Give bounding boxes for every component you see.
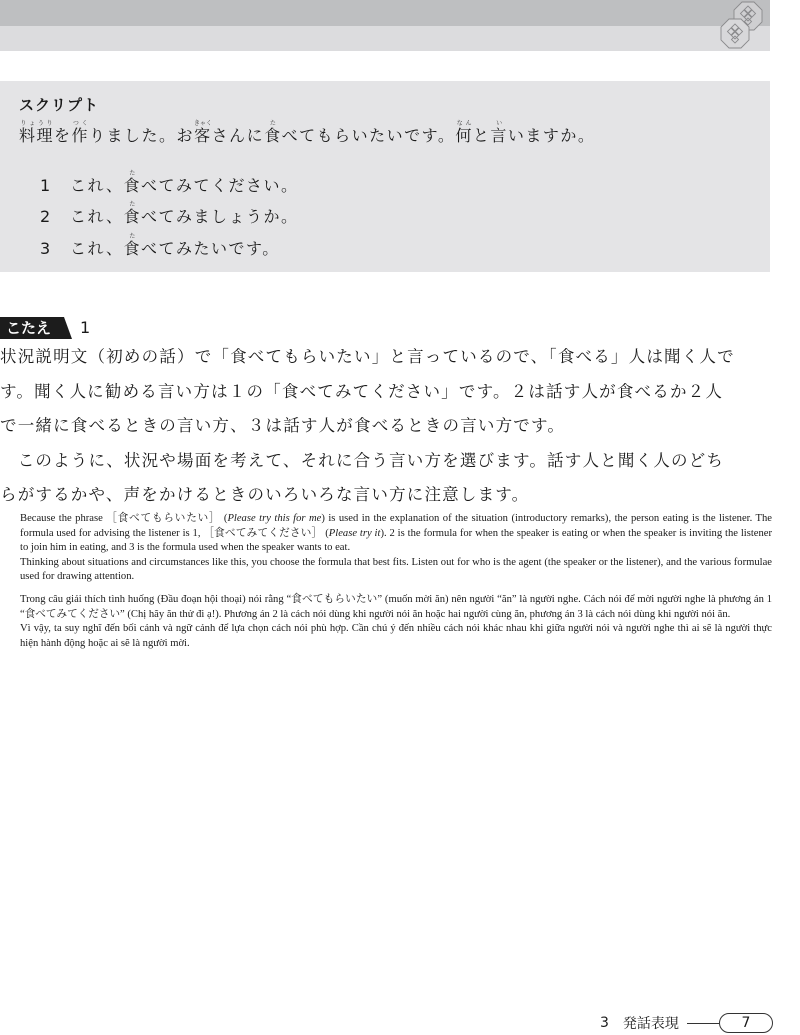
en-paragraph: Because the phrase ［食べてもらいたい］ (Please tr…: [20, 512, 772, 556]
script-option-1: 1これ、食たべてみてください。: [40, 170, 299, 196]
chapter-number: 3: [600, 1015, 609, 1031]
page-number: 7: [719, 1013, 773, 1033]
jp-line: 状況説明文（初めの話）で「食べてもらいたい」と言っているので、「食べる」人は聞く…: [0, 340, 772, 375]
page-footer: 3 発話表現 7: [600, 1012, 773, 1034]
jp-line: で一緒に食べるときの言い方、３は話す人が食べるときの言い方です。: [0, 409, 772, 444]
en-paragraph: Thinking about situations and circumstan…: [20, 556, 772, 585]
script-question: 料理りょうりを作つくりました。お客きゃくさんに食たべてもらいたいです。何なんと言…: [19, 120, 595, 152]
answer-explanation-vietnamese: Trong câu giải thích tình huống (Đầu đoạ…: [20, 593, 772, 651]
script-option-3: 3これ、食たべてみたいです。: [40, 233, 280, 259]
script-option-2: 2これ、食たべてみましょうか。: [40, 201, 299, 227]
header-band-bottom: [0, 26, 770, 51]
answer-explanation-japanese: 状況説明文（初めの話）で「食べてもらいたい」と言っているので、「食べる」人は聞く…: [0, 340, 772, 513]
option-number: 2: [40, 207, 70, 226]
jp-line: このように、状況や場面を考えて、それに合う言い方を選びます。話す人と聞く人のどち: [0, 444, 772, 479]
octagon-knot-icon: [700, 0, 770, 52]
vi-paragraph: Trong câu giải thích tình huống (Đầu đoạ…: [20, 593, 772, 622]
footer-rule: [687, 1023, 719, 1024]
header-band-top: [0, 0, 770, 26]
option-number: 3: [40, 239, 70, 258]
answer-label: こたえ: [0, 317, 72, 339]
jp-line: らがするかや、声をかけるときのいろいろな言い方に注意します。: [0, 478, 772, 513]
option-number: 1: [40, 176, 70, 195]
answer-number: 1: [80, 318, 90, 337]
vi-paragraph: Vì vậy, ta suy nghĩ đến bối cảnh và ngữ …: [20, 622, 772, 651]
ruby-word: 料理りょうり: [19, 126, 54, 145]
jp-line: す。聞く人に勧める言い方は１の「食べてみてください」です。２は話す人が食べるか２…: [0, 375, 772, 410]
chapter-title: 発話表現: [623, 1013, 679, 1033]
script-title: スクリプト: [19, 94, 99, 115]
answer-explanation-english: Because the phrase ［食べてもらいたい］ (Please tr…: [20, 512, 772, 585]
